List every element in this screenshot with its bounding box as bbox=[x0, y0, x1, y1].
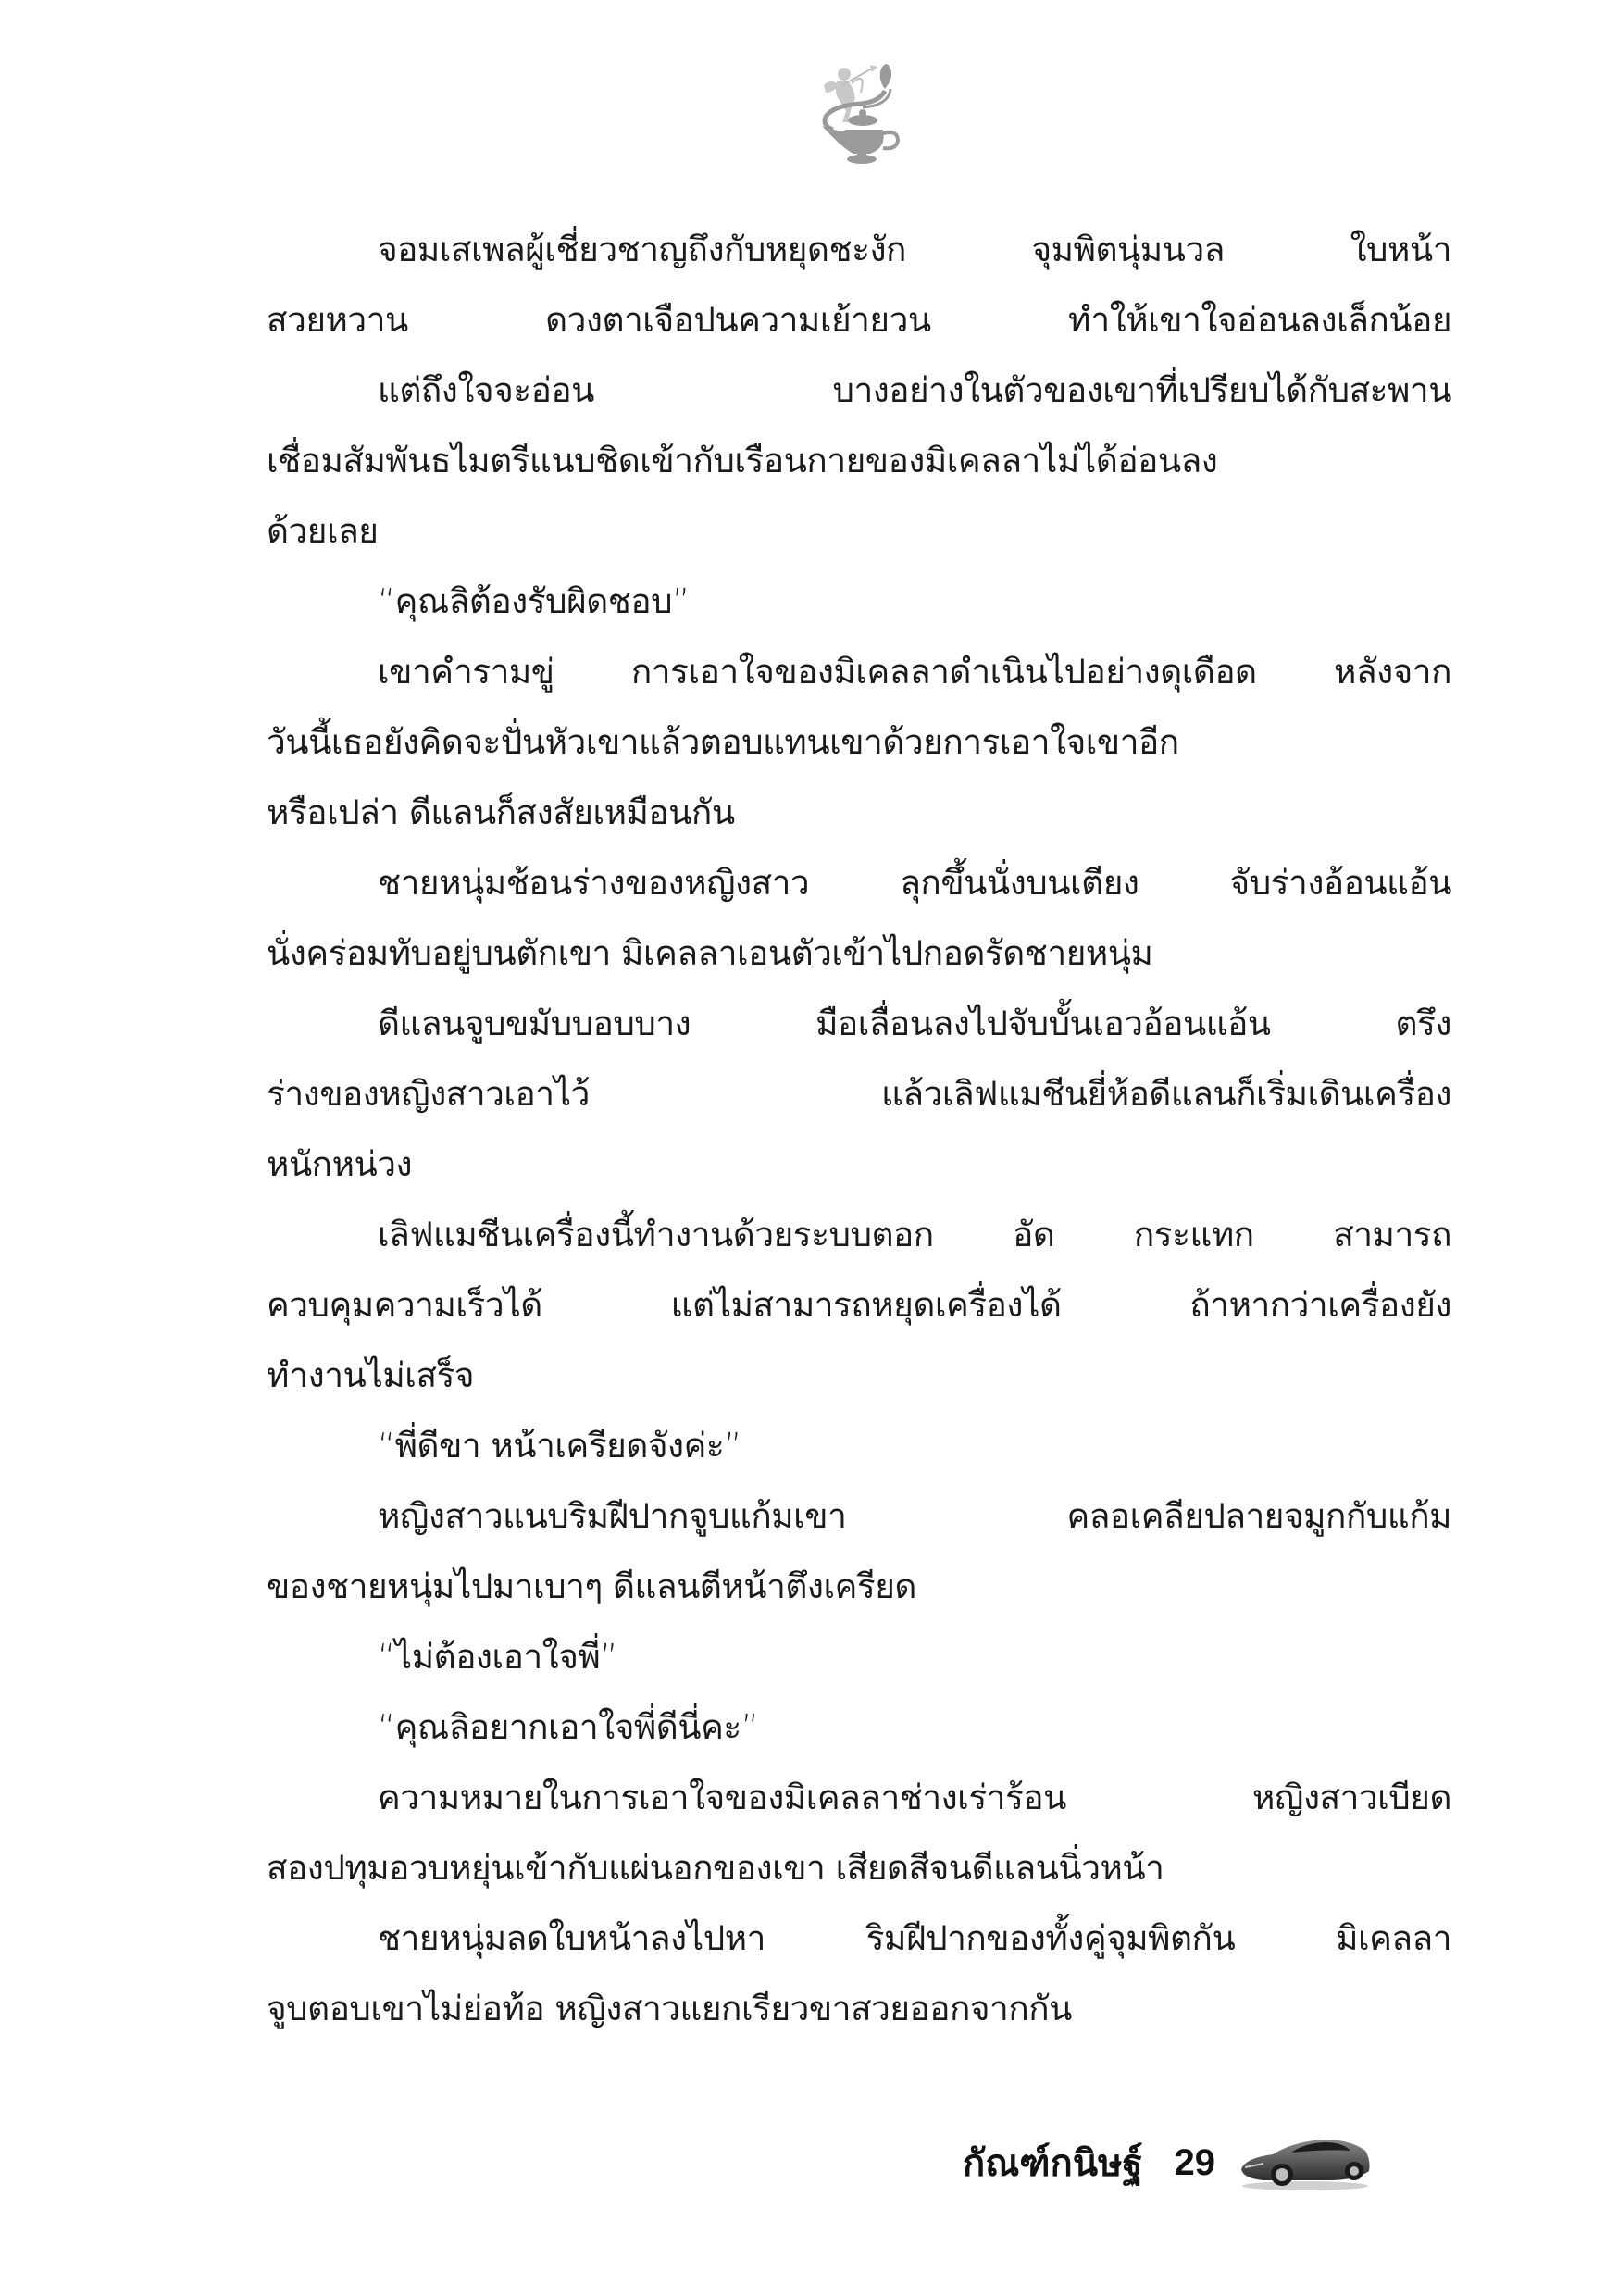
paragraph-line: ทำงานไม่เสร็จ bbox=[267, 1341, 1451, 1411]
paragraph-line: จูบตอบเขาไม่ย่อท้อ หญิงสาวแยกเรียวขาสวยอ… bbox=[267, 1974, 1451, 2044]
paragraph-line: สวยหวาน ดวงตาเจือปนความเย้ายวน ทำให้เขาใ… bbox=[267, 285, 1451, 356]
paragraph-line: ร่างของหญิงสาวเอาไว้ แล้วเลิฟแมชีนยี่ห้อ… bbox=[267, 1059, 1451, 1129]
paragraph-line: เขาคำรามขู่ การเอาใจของมิเคลลาดำเนินไปอย… bbox=[267, 637, 1451, 707]
paragraph-line: ควบคุมความเร็วได้ แต่ไม่สามารถหยุดเครื่อ… bbox=[267, 1270, 1451, 1341]
paragraph-line: เลิฟแมชีนเครื่องนี้ทำงานด้วยระบบตอก อัด … bbox=[267, 1200, 1451, 1270]
author-name: กัณฑ์กนิษฐ์ bbox=[963, 2133, 1143, 2192]
paragraph-line: สองปทุมอวบหยุ่นเข้ากับแผ่นอกของเขา เสียด… bbox=[267, 1833, 1451, 1903]
sports-car-icon bbox=[1236, 2130, 1375, 2195]
dialogue-line: “พี่ดีขา หน้าเครียดจังค่ะ” bbox=[267, 1411, 1451, 1481]
paragraph-line: วันนี้เธอยังคิดจะปั่นหัวเขาแล้วตอบแทนเขา… bbox=[267, 707, 1451, 778]
paragraph-line: เชื่อมสัมพันธไมตรีแนบชิดเข้ากับเรือนกายข… bbox=[267, 426, 1451, 496]
page-footer: กัณฑ์กนิษฐ์ 29 bbox=[963, 2126, 1375, 2200]
paragraph-line: จอมเสเพลผู้เชี่ยวชาญถึงกับหยุดชะงัก จุมพ… bbox=[267, 215, 1451, 285]
paragraph-line: แต่ถึงใจจะอ่อน บางอย่างในตัวของเขาที่เปร… bbox=[267, 356, 1451, 426]
story-body: จอมเสเพลผู้เชี่ยวชาญถึงกับหยุดชะงัก จุมพ… bbox=[267, 215, 1451, 2044]
paragraph-line: หญิงสาวแนบริมฝีปากจูบแก้มเขา คลอเคลียปลา… bbox=[267, 1481, 1451, 1552]
paragraph-line: ชายหนุ่มลดใบหน้าลงไปหา ริมฝีปากของทั้งคู… bbox=[267, 1903, 1451, 1974]
paragraph-line: ความหมายในการเอาใจของมิเคลลาช่างเร่าร้อน… bbox=[267, 1763, 1451, 1833]
paragraph-line: ดีแลนจูบขมับบอบบาง มือเลื่อนลงไปจับบั้นเ… bbox=[267, 989, 1451, 1059]
cupid-lamp-icon bbox=[805, 56, 907, 167]
dialogue-line: “คุณลิอยากเอาใจพี่ดีนี่คะ” bbox=[267, 1692, 1451, 1763]
paragraph-line: ชายหนุ่มช้อนร่างของหญิงสาว ลุกขึ้นนั่งบน… bbox=[267, 848, 1451, 918]
page-number: 29 bbox=[1175, 2142, 1216, 2184]
dialogue-line: “คุณลิต้องรับผิดชอบ” bbox=[267, 567, 1451, 637]
paragraph-line: นั่งคร่อมทับอยู่บนตักเขา มิเคลลาเอนตัวเข… bbox=[267, 918, 1451, 989]
dialogue-line: “ไม่ต้องเอาใจพี่” bbox=[267, 1622, 1451, 1692]
paragraph-line: ของชายหนุ่มไปมาเบาๆ ดีแลนตีหน้าตึงเครียด bbox=[267, 1552, 1451, 1622]
paragraph-line: หนักหน่วง bbox=[267, 1129, 1451, 1200]
paragraph-line: หรือเปล่า ดีแลนก็สงสัยเหมือนกัน bbox=[267, 778, 1451, 848]
paragraph-line: ด้วยเลย bbox=[267, 496, 1451, 567]
